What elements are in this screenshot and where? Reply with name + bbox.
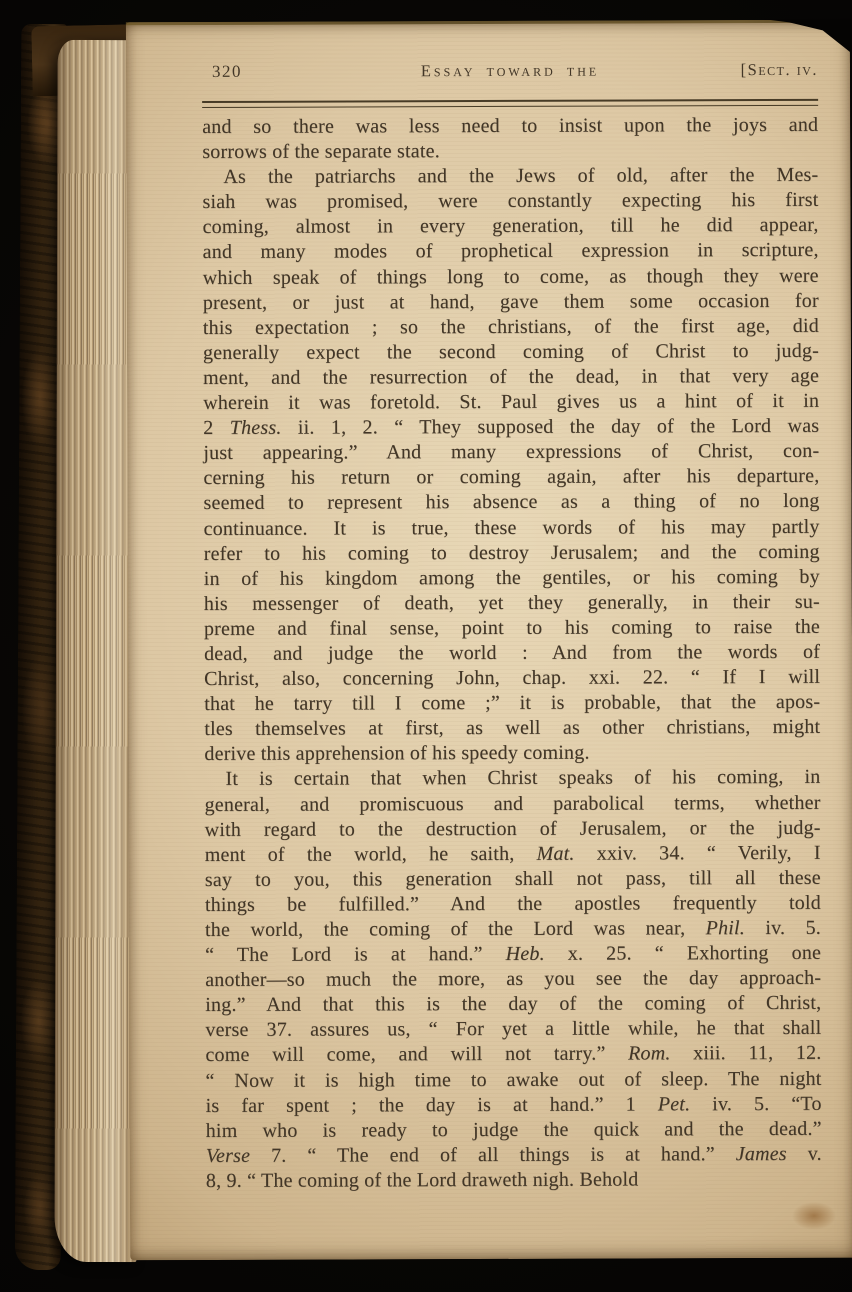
book-page: 320 Essay toward the [Sect. iv. and so t… — [126, 20, 852, 1261]
text-segment: x. 25. “ Exhorting one — [545, 942, 821, 965]
text-segment: preme and final sense, point to his comi… — [204, 616, 820, 640]
text-line: in of his kingdom among the gentiles, or… — [204, 565, 820, 592]
text-segment: iv. 5. “To — [690, 1093, 821, 1115]
running-title: Essay toward the — [421, 61, 599, 82]
text-line: ing.” And that this is the day of the co… — [205, 991, 821, 1018]
page-number: 320 — [202, 62, 242, 82]
text-segment: and many modes of prophetical expression… — [203, 239, 819, 263]
text-segment: in of his kingdom among the gentiles, or… — [204, 566, 820, 590]
text-segment: 2 — [203, 417, 230, 439]
text-line: generally expect the second coming of Ch… — [203, 339, 819, 366]
text-line: sorrows of the separate state. — [202, 138, 818, 165]
text-segment: wherein it was foretold. St. Paul gives … — [203, 390, 819, 414]
text-segment: seemed to represent his absence as a thi… — [203, 490, 819, 514]
text-line: refer to his coming to destroy Jerusalem… — [204, 539, 820, 566]
text-segment: xxiv. 34. “ Verily, I — [575, 842, 821, 865]
text-segment: with regard to the destruction of Jerusa… — [205, 816, 821, 840]
text-line: the world, the coming of the Lord was ne… — [205, 916, 821, 943]
text-segment: v. — [787, 1143, 822, 1165]
text-segment: 8, 9. “ The coming of the Lord draweth n… — [206, 1168, 639, 1192]
text-segment: which speak of things long to come, as t… — [203, 264, 819, 288]
text-segment: sorrows of the separate state. — [202, 140, 440, 163]
text-segment: continuance. It is true, these words of … — [204, 515, 820, 539]
text-segment: ment of the world, he saith, — [205, 843, 537, 866]
text-segment: that he tarry till I come ;” it is proba… — [204, 691, 820, 715]
photo-backdrop: 320 Essay toward the [Sect. iv. and so t… — [0, 0, 852, 1292]
text-segment: coming, almost in every generation, till… — [203, 214, 819, 238]
text-segment: verse 37. assures us, “ For yet a little… — [205, 1017, 821, 1041]
text-segment: refer to his coming to destroy Jerusalem… — [204, 540, 820, 564]
text-line: continuance. It is true, these words of … — [204, 514, 820, 541]
text-segment: present, or just at hand, gave them some… — [203, 290, 819, 314]
text-line: just appearing.” And many expressions of… — [203, 439, 819, 466]
text-line: present, or just at hand, gave them some… — [203, 289, 819, 316]
text-segment: his messenger of death, yet they general… — [204, 591, 820, 615]
text-line: tles themselves at first, as well as oth… — [204, 715, 820, 742]
text-line: verse 37. assures us, “ For yet a little… — [205, 1016, 821, 1043]
text-segment: dead, and judge the world : And from the… — [204, 641, 820, 665]
text-segment: another—so much the more, as you see the… — [205, 967, 821, 991]
text-line: seemed to represent his absence as a thi… — [203, 489, 819, 516]
text-line: dead, and judge the world : And from the… — [204, 640, 820, 667]
text-line: It is certain that when Christ speaks of… — [204, 765, 820, 792]
body-text: and so there was less need to insist upo… — [202, 113, 822, 1194]
text-line: 8, 9. “ The coming of the Lord draweth n… — [206, 1167, 822, 1194]
scripture-reference: Heb. — [506, 943, 545, 965]
text-line: cerning his return or coming again, afte… — [203, 464, 819, 491]
scripture-reference: Pet. — [658, 1093, 691, 1115]
text-segment: ing.” And that this is the day of the co… — [205, 992, 821, 1016]
page-corner-shadow — [763, 19, 851, 53]
text-line: and so there was less need to insist upo… — [202, 113, 818, 140]
text-segment: iv. 5. — [745, 917, 821, 939]
text-segment: just appearing.” And many expressions of… — [203, 440, 819, 464]
text-line: “ Now it is high time to awake out of sl… — [205, 1066, 821, 1093]
scripture-reference: James — [736, 1143, 787, 1165]
text-line: 2 Thess. ii. 1, 2. “ They supposed the d… — [203, 414, 819, 441]
text-segment: this expectation ; so the christians, of… — [203, 315, 819, 339]
text-line: preme and final sense, point to his comi… — [204, 615, 820, 642]
section-label: [Sect. iv. — [741, 60, 818, 80]
text-segment: 7. “ The end of all things is at hand.” — [250, 1143, 736, 1167]
text-line: his messenger of death, yet they general… — [204, 590, 820, 617]
text-segment: tles themselves at first, as well as oth… — [204, 716, 820, 740]
header-rule — [202, 99, 818, 108]
scripture-reference: Verse — [206, 1145, 250, 1167]
text-line: him who is ready to judge the quick and … — [206, 1117, 822, 1144]
scripture-reference: Rom. — [628, 1043, 671, 1065]
text-line: ment, and the resurrection of the dead, … — [203, 364, 819, 391]
text-line: siah was promised, were constantly expec… — [202, 188, 818, 215]
text-segment: ment, and the resurrection of the dead, … — [203, 365, 819, 389]
text-segment: siah was promised, were constantly expec… — [202, 189, 818, 213]
text-segment: derive this apprehension of his speedy c… — [204, 742, 589, 765]
scripture-reference: Thess. — [230, 417, 282, 439]
text-line: coming, almost in every generation, till… — [203, 213, 819, 240]
scripture-reference: Phil. — [706, 917, 745, 939]
text-line: general, and promiscuous and parabolical… — [205, 790, 821, 817]
text-segment: generally expect the second coming of Ch… — [203, 340, 819, 364]
text-line: come will come, and will not tarry.” Rom… — [205, 1041, 821, 1068]
page-header: 320 Essay toward the [Sect. iv. — [202, 60, 818, 101]
text-line: that he tarry till I come ;” it is proba… — [204, 690, 820, 717]
text-segment: general, and promiscuous and parabolical… — [205, 791, 821, 815]
text-line: wherein it was foretold. St. Paul gives … — [203, 389, 819, 416]
text-segment: and so there was less need to insist upo… — [202, 114, 818, 138]
text-line: and many modes of prophetical expression… — [203, 238, 819, 265]
text-segment: come will come, and will not tarry.” — [205, 1043, 628, 1066]
text-segment: It is certain that when Christ speaks of… — [225, 766, 820, 790]
text-segment: “ Now it is high time to awake out of sl… — [205, 1067, 821, 1091]
text-line: Christ, also, concerning John, chap. xxi… — [204, 665, 820, 692]
text-segment: Christ, also, concerning John, chap. xxi… — [204, 666, 820, 690]
text-line: ment of the world, he saith, Mat. xxiv. … — [205, 841, 821, 868]
text-segment: As the patriarchs and the Jews of old, a… — [223, 164, 818, 188]
text-segment: say to you, this generation shall not pa… — [205, 867, 821, 891]
text-segment: cerning his return or coming again, afte… — [203, 465, 819, 489]
text-segment: xiii. 11, 12. — [671, 1042, 822, 1065]
text-line: say to you, this generation shall not pa… — [205, 866, 821, 893]
text-line: with regard to the destruction of Jerusa… — [205, 815, 821, 842]
text-line: which speak of things long to come, as t… — [203, 263, 819, 290]
text-segment: is far spent ; the day is at hand.” 1 — [206, 1093, 658, 1117]
page-content: 320 Essay toward the [Sect. iv. and so t… — [202, 60, 822, 1194]
text-segment: the world, the coming of the Lord was ne… — [205, 917, 706, 941]
text-segment: things be fulfilled.” And the apostles f… — [205, 892, 821, 916]
scripture-reference: Mat. — [537, 842, 575, 864]
text-line: Verse 7. “ The end of all things is at h… — [206, 1142, 822, 1169]
text-line: derive this apprehension of his speedy c… — [204, 740, 820, 767]
text-line: As the patriarchs and the Jews of old, a… — [202, 163, 818, 190]
text-line: this expectation ; so the christians, of… — [203, 314, 819, 341]
text-segment: him who is ready to judge the quick and … — [206, 1118, 822, 1142]
text-line: “ The Lord is at hand.” Heb. x. 25. “ Ex… — [205, 941, 821, 968]
text-segment: “ The Lord is at hand.” — [205, 943, 506, 966]
page-stain — [792, 1202, 836, 1230]
text-line: is far spent ; the day is at hand.” 1 Pe… — [206, 1092, 822, 1119]
text-line: another—so much the more, as you see the… — [205, 966, 821, 993]
text-segment: ii. 1, 2. “ They supposed the day of the… — [282, 415, 820, 439]
text-line: things be fulfilled.” And the apostles f… — [205, 891, 821, 918]
